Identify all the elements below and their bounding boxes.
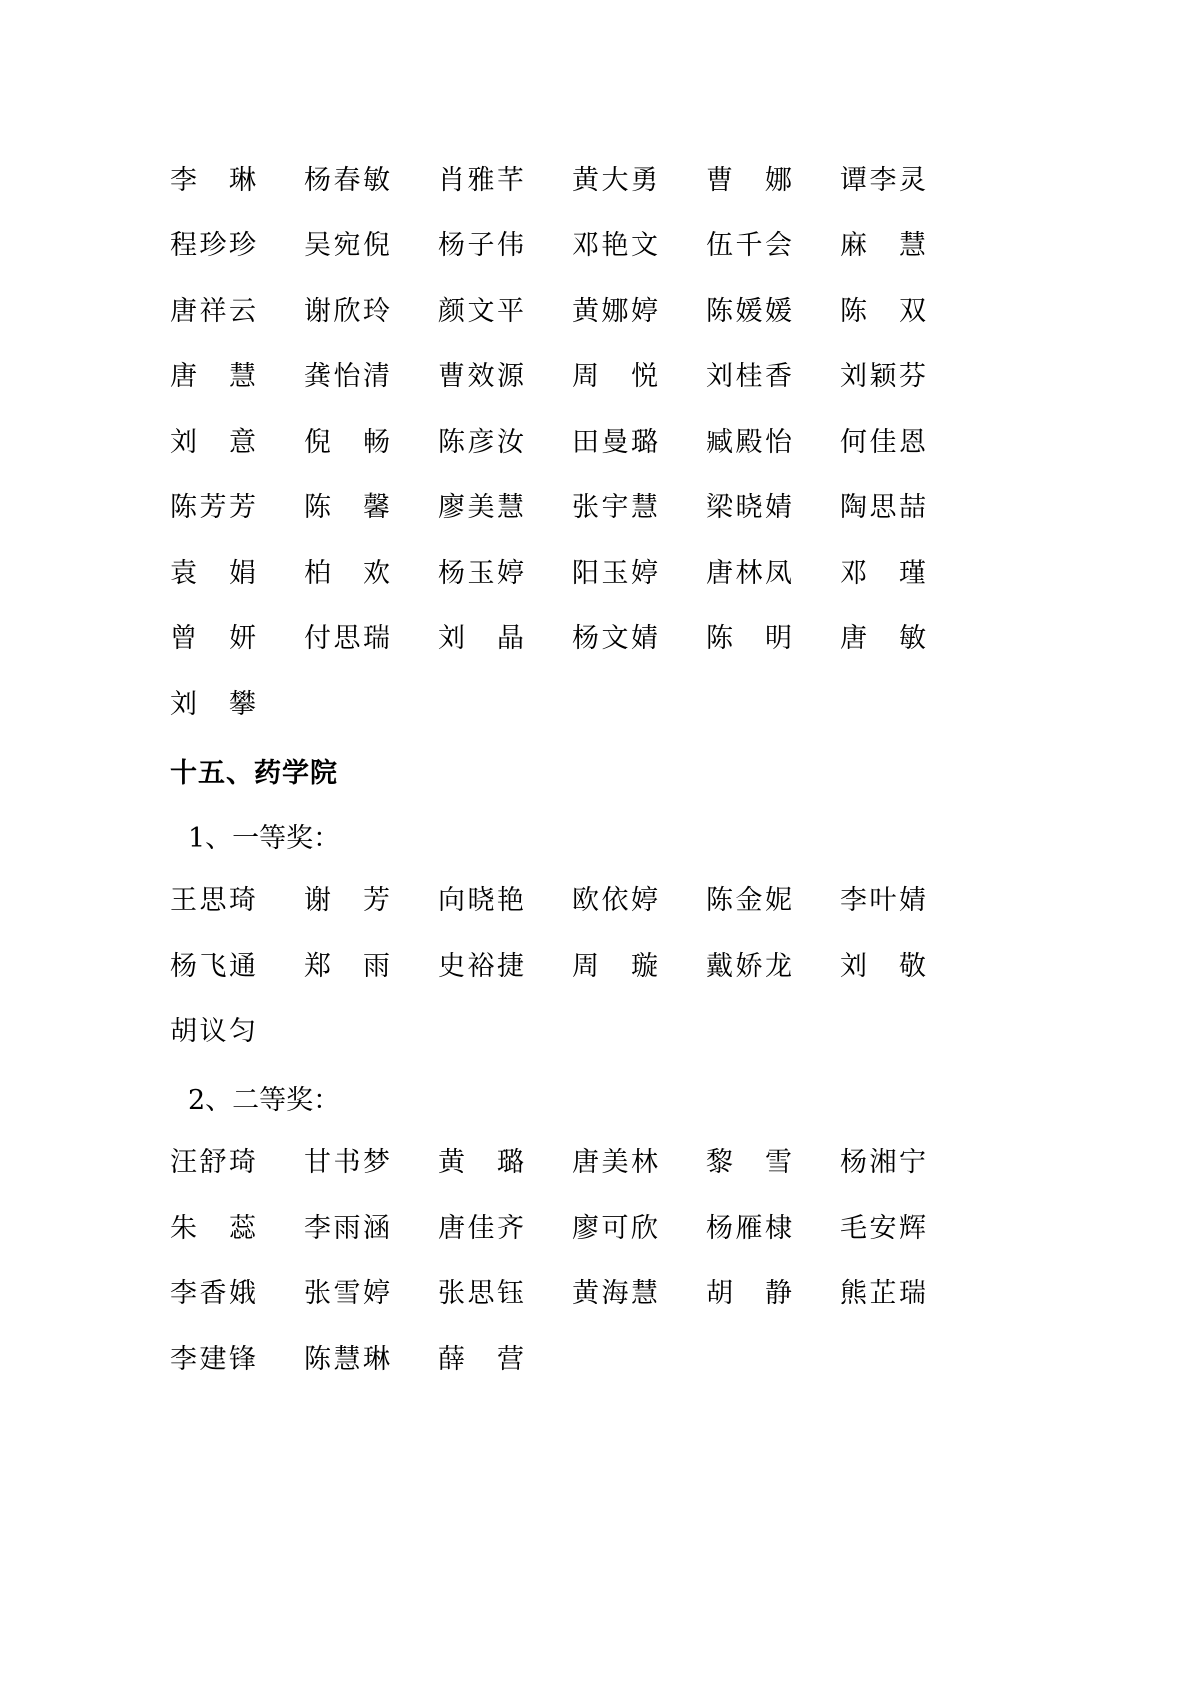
awardee-name: 何佳恩 [840,428,926,458]
awardee-name: 唐慧 [170,362,256,392]
awardee-name: 杨飞通 [170,952,256,982]
awardee-name: 陈媛媛 [706,297,792,327]
awardee-name: 陈明 [706,624,792,654]
awardee-name: 杨文婧 [572,624,658,654]
awardee-name: 黄大勇 [572,166,658,196]
awardee-name: 颜文平 [438,297,524,327]
awardee-name: 刘颖芬 [840,362,926,392]
awardee-name: 唐林凤 [706,559,792,589]
awardee-name: 杨春敏 [304,166,390,196]
awardee-name: 伍千会 [706,231,792,261]
awardee-name: 杨玉婷 [438,559,524,589]
section-title: 十五、药学院 [170,738,1030,804]
awardee-name: 吴宛倪 [304,231,390,261]
awardee-name: 戴娇龙 [706,952,792,982]
awardee-name: 陈双 [840,297,926,327]
awardee-name: 熊芷瑞 [840,1279,926,1309]
name-row: 唐慧龚怡清曹效源周悦刘桂香刘颖芬 [170,345,1030,411]
awardee-name: 廖美慧 [438,493,524,523]
awardee-name: 王思琦 [170,886,256,916]
awardee-name: 陈馨 [304,493,390,523]
awardee-name: 周悦 [572,362,658,392]
awardee-name: 唐佳齐 [438,1214,524,1244]
awardee-name: 曹娜 [706,166,792,196]
page-content: 李琳杨春敏肖雅芊黄大勇曹娜谭李灵程珍珍吴宛倪杨子伟邓艳文伍千会麻慧唐祥云谢欣玲颜… [170,148,1030,1393]
awardee-name: 李香娥 [170,1279,256,1309]
name-row: 程珍珍吴宛倪杨子伟邓艳文伍千会麻慧 [170,214,1030,280]
awardee-name: 杨湘宁 [840,1148,926,1178]
awardee-name: 龚怡清 [304,362,390,392]
awardee-name: 廖可欣 [572,1214,658,1244]
name-row: 袁娟柏欢杨玉婷阳玉婷唐林凤邓瑾 [170,541,1030,607]
awardee-name: 唐敏 [840,624,926,654]
awardee-name: 陈慧琳 [304,1345,390,1375]
awardee-name: 唐美林 [572,1148,658,1178]
awardee-name: 黄璐 [438,1148,524,1178]
awardee-name: 倪畅 [304,428,390,458]
awardee-name: 李叶婧 [840,886,926,916]
name-row: 李琳杨春敏肖雅芊黄大勇曹娜谭李灵 [170,148,1030,214]
awardee-name: 黎雪 [706,1148,792,1178]
awardee-name: 梁晓婧 [706,493,792,523]
awardee-name: 胡议匀 [170,1017,256,1047]
awardee-name: 李雨涵 [304,1214,390,1244]
awardee-name: 李建锋 [170,1345,256,1375]
awardee-name: 陶思喆 [840,493,926,523]
name-row: 曾妍付思瑞刘晶杨文婧陈明唐敏 [170,607,1030,673]
awardee-name: 谭李灵 [840,166,926,196]
first-prize-name-list: 王思琦谢芳向晓艳欧依婷陈金妮李叶婧杨飞通郑雨史裕捷周璇戴娇龙刘敬胡议匀 [170,869,1030,1066]
name-row: 陈芳芳陈馨廖美慧张宇慧梁晓婧陶思喆 [170,476,1030,542]
award-heading-first-prize: 1、一等奖： [170,803,1030,869]
awardee-name: 刘攀 [170,690,256,720]
name-row: 刘意倪畅陈彦汝田曼璐臧殿怡何佳恩 [170,410,1030,476]
awardee-name: 刘意 [170,428,256,458]
awardee-name: 柏欢 [304,559,390,589]
name-row: 李香娥张雪婷张思钰黄海慧胡静熊芷瑞 [170,1262,1030,1328]
awardee-name: 黄娜婷 [572,297,658,327]
awardee-name: 郑雨 [304,952,390,982]
awardee-name: 朱蕊 [170,1214,256,1244]
awardee-name: 阳玉婷 [572,559,658,589]
awardee-name: 曹效源 [438,362,524,392]
name-row: 唐祥云谢欣玲颜文平黄娜婷陈媛媛陈双 [170,279,1030,345]
awardee-name: 麻慧 [840,231,926,261]
awardee-name: 杨子伟 [438,231,524,261]
name-row: 刘攀 [170,672,1030,738]
awardee-name: 谢芳 [304,886,390,916]
awardee-name: 胡静 [706,1279,792,1309]
name-row: 朱蕊李雨涵唐佳齐廖可欣杨雁棣毛安辉 [170,1196,1030,1262]
awardee-name: 周璇 [572,952,658,982]
awardee-name: 曾妍 [170,624,256,654]
awardee-name: 程珍珍 [170,231,256,261]
awardee-name: 薛营 [438,1345,524,1375]
awardee-name: 汪舒琦 [170,1148,256,1178]
awardee-name: 陈彦汝 [438,428,524,458]
awardee-name: 袁娟 [170,559,256,589]
awardee-name: 杨雁棣 [706,1214,792,1244]
award-heading-second-prize: 2、二等奖： [170,1065,1030,1131]
awardee-name: 邓瑾 [840,559,926,589]
awardee-name: 唐祥云 [170,297,256,327]
second-prize-name-list: 汪舒琦甘书梦黄璐唐美林黎雪杨湘宁朱蕊李雨涵唐佳齐廖可欣杨雁棣毛安辉李香娥张雪婷张… [170,1131,1030,1393]
awardee-name: 陈金妮 [706,886,792,916]
awardee-name: 毛安辉 [840,1214,926,1244]
continued-name-list: 李琳杨春敏肖雅芊黄大勇曹娜谭李灵程珍珍吴宛倪杨子伟邓艳文伍千会麻慧唐祥云谢欣玲颜… [170,148,1030,738]
awardee-name: 田曼璐 [572,428,658,458]
name-row: 杨飞通郑雨史裕捷周璇戴娇龙刘敬 [170,934,1030,1000]
awardee-name: 谢欣玲 [304,297,390,327]
awardee-name: 刘晶 [438,624,524,654]
awardee-name: 黄海慧 [572,1279,658,1309]
name-row: 汪舒琦甘书梦黄璐唐美林黎雪杨湘宁 [170,1131,1030,1197]
awardee-name: 甘书梦 [304,1148,390,1178]
name-row: 胡议匀 [170,1000,1030,1066]
awardee-name: 张雪婷 [304,1279,390,1309]
awardee-name: 李琳 [170,166,256,196]
awardee-name: 张思钰 [438,1279,524,1309]
awardee-name: 刘桂香 [706,362,792,392]
document-page: 李琳杨春敏肖雅芊黄大勇曹娜谭李灵程珍珍吴宛倪杨子伟邓艳文伍千会麻慧唐祥云谢欣玲颜… [0,0,1191,1684]
awardee-name: 向晓艳 [438,886,524,916]
awardee-name: 张宇慧 [572,493,658,523]
awardee-name: 付思瑞 [304,624,390,654]
awardee-name: 欧依婷 [572,886,658,916]
name-row: 王思琦谢芳向晓艳欧依婷陈金妮李叶婧 [170,869,1030,935]
awardee-name: 刘敬 [840,952,926,982]
name-row: 李建锋陈慧琳薛营 [170,1327,1030,1393]
awardee-name: 肖雅芊 [438,166,524,196]
awardee-name: 陈芳芳 [170,493,256,523]
awardee-name: 邓艳文 [572,231,658,261]
awardee-name: 史裕捷 [438,952,524,982]
awardee-name: 臧殿怡 [706,428,792,458]
